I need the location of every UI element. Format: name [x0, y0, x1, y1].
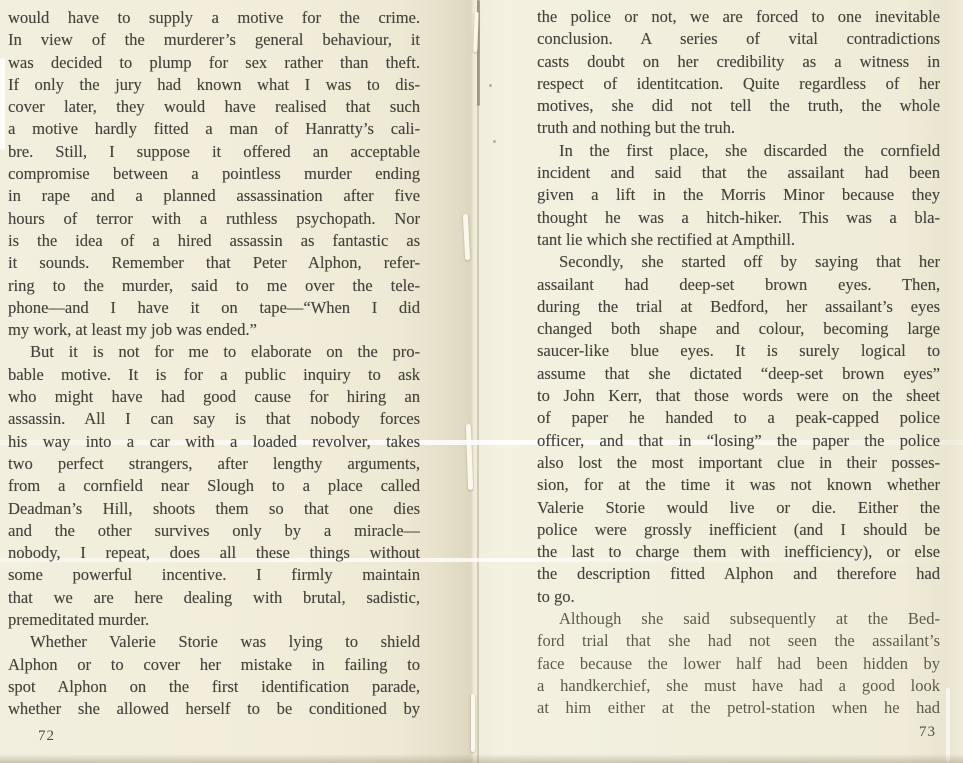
- binding-stitch-thread: [466, 424, 473, 490]
- text-line: Alphon or to cover her mistake in failin…: [8, 654, 420, 676]
- text-line: who might have had good cause for hiring…: [8, 386, 420, 408]
- scan-bottom-edge-shadow: [0, 754, 963, 763]
- text-line: of paper he handed to a peak-capped poli…: [537, 407, 940, 429]
- text-line: tant lie which she rectified at Ampthill…: [537, 229, 940, 251]
- page-number: 73: [919, 724, 936, 741]
- text-line: bable motive. It is for a public inquiry…: [8, 364, 420, 386]
- text-line: the police or not, we are forced to one …: [537, 6, 940, 28]
- text-line: assume that she dictated “deep-set brown…: [537, 363, 940, 385]
- text-line: a motive hardly fitted a man of Hanratty…: [8, 118, 420, 140]
- text-line: given a lift in the Morris Minor because…: [537, 184, 940, 206]
- text-line: respect of identitcation. Quite regardle…: [537, 73, 940, 95]
- text-line: police were grossly inefficient (and I s…: [537, 519, 940, 541]
- text-line: In the first place, she discarded the co…: [537, 140, 940, 162]
- text-line: thought he was a hitch-hiker. This was a…: [537, 207, 940, 229]
- paper-speck: [489, 84, 492, 87]
- text-line: it sounds. Remember that Peter Alphon, r…: [8, 252, 420, 274]
- text-line: compromise between a pointless murder en…: [8, 163, 420, 185]
- scan-edge-streak: [946, 688, 950, 763]
- text-line: Whether Valerie Storie was lying to shie…: [8, 631, 420, 653]
- text-line: truth and nothing but the truh.: [537, 117, 940, 139]
- text-line: incident and said that the assailant had…: [537, 162, 940, 184]
- book-scan-spread: would have to supply a motive for the cr…: [0, 0, 963, 763]
- text-line: assailant had deep-set brown eyes. Then,: [537, 274, 940, 296]
- text-line: also lost the most important clue in the…: [537, 452, 940, 474]
- text-line: was decided to plump for sex rather than…: [8, 52, 420, 74]
- text-line: Although she said subsequently at the Be…: [537, 608, 940, 630]
- text-line: from a cornfield near Slough to a place …: [8, 475, 420, 497]
- text-line: If only the jury had known what I was to…: [8, 74, 420, 96]
- text-line: Secondly, she started off by saying that…: [537, 251, 940, 273]
- text-line: at him either at the petrol-station when…: [537, 697, 940, 719]
- text-line: Valerie Storie would live or die. Either…: [537, 497, 940, 519]
- page-number: 72: [38, 728, 55, 745]
- binding-stitch-thread: [463, 214, 470, 260]
- text-line: changed both shape and colour, becoming …: [537, 318, 940, 340]
- text-line: is the idea of a hired assassin as fanta…: [8, 230, 420, 252]
- text-line: In view of the murderer’s general behavi…: [8, 29, 420, 51]
- text-line: hours of terror with a ruthless psychopa…: [8, 208, 420, 230]
- text-line: saucer-like blue eyes. It is surely logi…: [537, 340, 940, 362]
- text-line: two perfect strangers, after lengthy arg…: [8, 453, 420, 475]
- text-line: during the trial at Bedford, her assaila…: [537, 296, 940, 318]
- text-line: face because the lower half had been hid…: [537, 653, 940, 675]
- text-line: whether she allowed herself to be condit…: [8, 698, 420, 720]
- text-line: in rape and a planned assassination afte…: [8, 185, 420, 207]
- left-page-text: would have to supply a motive for the cr…: [8, 7, 420, 735]
- text-line: to John Kerr, that those words were on t…: [537, 385, 940, 407]
- text-line: assassin. All I can say is that nobody f…: [8, 408, 420, 430]
- text-line: to go.: [537, 586, 940, 608]
- text-line: ring to the murder, said to me over the …: [8, 275, 420, 297]
- text-line: that we are here dealing with brutal, sa…: [8, 587, 420, 609]
- text-line: my work, at least my job was ended.”: [8, 319, 420, 341]
- text-line: nobody, I repeat, does all these things …: [8, 542, 420, 564]
- text-line: the description fitted Alphon and theref…: [537, 563, 940, 585]
- binding-stitch-thread: [471, 694, 475, 752]
- text-line: casts doubt on her credibility as a witn…: [537, 51, 940, 73]
- text-line: phone—and I have it on tape—“When I did: [8, 297, 420, 319]
- text-line: some powerful incentive. I firmly mainta…: [8, 564, 420, 586]
- text-line: the last to charge them with inefficienc…: [537, 541, 940, 563]
- scan-edge-streak: [0, 58, 5, 150]
- right-page-text: the police or not, we are forced to one …: [537, 6, 940, 734]
- text-line: a handkerchief, she must have had a good…: [537, 675, 940, 697]
- text-line: ford trial that she had not seen the ass…: [537, 630, 940, 652]
- text-line: cover later, they would have realised th…: [8, 96, 420, 118]
- text-line: Deadman’s Hill, shoots them so that one …: [8, 498, 420, 520]
- text-line: conclusion. A series of vital contradict…: [537, 28, 940, 50]
- text-line: spot Alphon on the first identification …: [8, 676, 420, 698]
- text-line: officer, and that in “losing” the paper …: [537, 430, 940, 452]
- paper-speck: [493, 140, 496, 143]
- text-line: and the other survives only by a miracle…: [8, 520, 420, 542]
- text-line: bre. Still, I suppose it offered an acce…: [8, 141, 420, 163]
- text-line: would have to supply a motive for the cr…: [8, 7, 420, 29]
- text-line: sion, for at the time it was not known w…: [537, 474, 940, 496]
- text-line: premeditated murder.: [8, 609, 420, 631]
- gutter-crease-line: [477, 0, 479, 763]
- text-line: his way into a car with a loaded revolve…: [8, 431, 420, 453]
- text-line: motives, she did not tell the truth, the…: [537, 95, 940, 117]
- text-line: But it is not for me to elaborate on the…: [8, 341, 420, 363]
